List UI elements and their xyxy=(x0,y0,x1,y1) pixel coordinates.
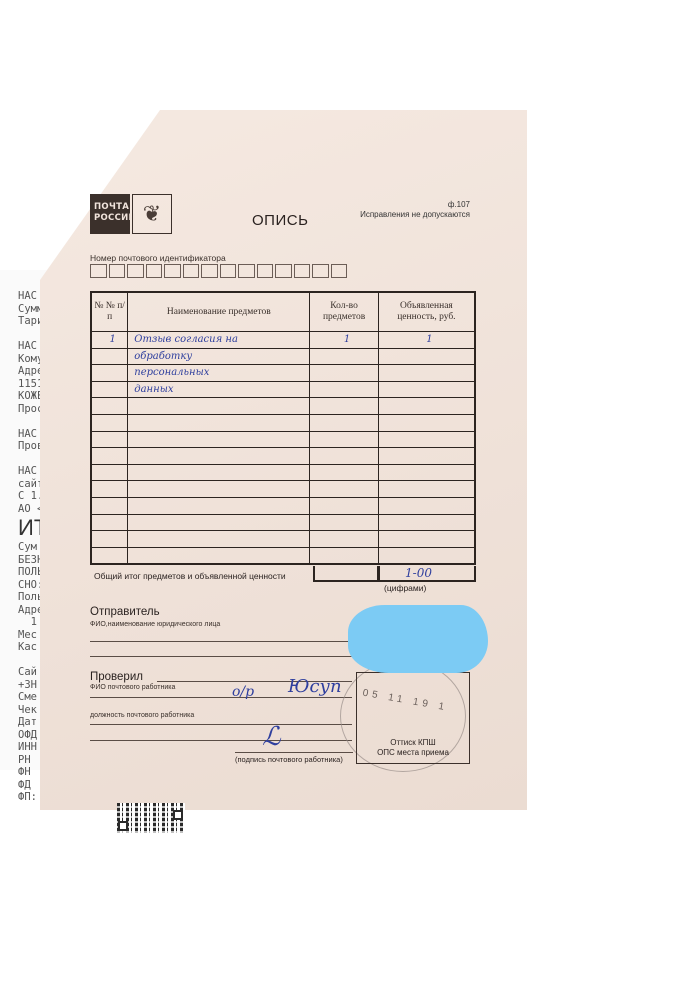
col-item-name: Наименование предметов xyxy=(128,292,310,332)
cell-value xyxy=(378,348,475,365)
cell-item-name xyxy=(128,414,310,431)
cell-item-name: персональных xyxy=(128,365,310,382)
cell-quantity xyxy=(310,348,378,365)
cell-number xyxy=(91,398,128,415)
table-row xyxy=(91,431,475,448)
tracking-id-box[interactable] xyxy=(146,264,163,278)
table-row: данных xyxy=(91,381,475,398)
table-row: обработку xyxy=(91,348,475,365)
cell-value: 1 xyxy=(378,332,475,349)
cell-number xyxy=(91,497,128,514)
signature-line xyxy=(235,752,353,753)
postal-worker-position-label: должность почтового работника xyxy=(90,712,194,719)
table-row: персональных xyxy=(91,365,475,382)
tracking-id-box[interactable] xyxy=(238,264,255,278)
cell-item-name xyxy=(128,497,310,514)
cell-value xyxy=(378,431,475,448)
sender-line-2 xyxy=(90,656,352,657)
handwritten-signature: ℒ xyxy=(262,722,281,752)
cell-quantity xyxy=(310,431,378,448)
cell-quantity xyxy=(310,514,378,531)
cell-value xyxy=(378,531,475,548)
table-row xyxy=(91,514,475,531)
sender-line-1 xyxy=(90,641,352,642)
cell-value xyxy=(378,448,475,465)
qr-finder-icon xyxy=(173,810,183,820)
qr-finder-icon xyxy=(118,821,128,831)
tracking-id-box[interactable] xyxy=(331,264,348,278)
table-row xyxy=(91,497,475,514)
cell-value xyxy=(378,381,475,398)
cell-number xyxy=(91,348,128,365)
sender-sub-label: ФИО,наименование юридического лица xyxy=(90,621,220,628)
tracking-id-box[interactable] xyxy=(275,264,292,278)
cell-item-name: Отзыв согласия на xyxy=(128,332,310,349)
cell-quantity xyxy=(310,365,378,382)
cell-quantity xyxy=(310,531,378,548)
cell-value xyxy=(378,365,475,382)
total-quantity-box xyxy=(313,566,379,582)
cell-item-name xyxy=(128,531,310,548)
cell-item-name xyxy=(128,448,310,465)
table-row xyxy=(91,481,475,498)
tracking-id-box[interactable] xyxy=(294,264,311,278)
cell-quantity xyxy=(310,414,378,431)
col-number: № № п/п xyxy=(91,292,128,332)
cell-value xyxy=(378,414,475,431)
position-line xyxy=(90,724,352,725)
russian-post-logo: ПОЧТА РОССИИ ❦ xyxy=(90,194,174,234)
handwritten-position: о/р xyxy=(232,684,254,700)
eagle-icon: ❦ xyxy=(132,194,172,234)
cell-quantity xyxy=(310,381,378,398)
tracking-id-label: Номер почтового идентификатора xyxy=(90,253,226,263)
name-line xyxy=(90,697,352,698)
redaction-blot xyxy=(348,605,488,673)
cell-number xyxy=(91,381,128,398)
tracking-id-box[interactable] xyxy=(183,264,200,278)
col-declared-value: Объявленная ценность, руб. xyxy=(378,292,475,332)
tracking-id-box[interactable] xyxy=(201,264,218,278)
cell-item-name xyxy=(128,547,310,564)
table-row xyxy=(91,464,475,481)
postal-worker-name-label: ФИО почтового работника xyxy=(90,684,175,691)
table-header: № № п/п Наименование предметов Кол-во пр… xyxy=(91,292,475,332)
sender-label: Отправитель xyxy=(90,606,160,618)
cell-quantity: 1 xyxy=(310,332,378,349)
table-row xyxy=(91,398,475,415)
table-row xyxy=(91,448,475,465)
cell-number xyxy=(91,414,128,431)
tracking-id-box[interactable] xyxy=(220,264,237,278)
checked-label: Проверил xyxy=(90,671,143,683)
tracking-id-box[interactable] xyxy=(90,264,107,278)
cell-quantity xyxy=(310,398,378,415)
cell-value xyxy=(378,481,475,498)
cell-value xyxy=(378,398,475,415)
tracking-id-box[interactable] xyxy=(312,264,329,278)
form-number: ф.107 Исправления не допускаются xyxy=(360,200,470,220)
total-label: Общий итог предметов и объявленной ценно… xyxy=(94,571,286,581)
cell-quantity xyxy=(310,481,378,498)
logo-text: ПОЧТА РОССИИ xyxy=(90,194,130,234)
cell-item-name: данных xyxy=(128,381,310,398)
tracking-id-box[interactable] xyxy=(257,264,274,278)
cell-item-name: обработку xyxy=(128,348,310,365)
signature-label: (подпись почтового работника) xyxy=(235,755,343,764)
cell-value xyxy=(378,464,475,481)
tracking-id-boxes xyxy=(90,264,347,278)
cell-number: 1 xyxy=(91,332,128,349)
items-table: № № п/п Наименование предметов Кол-во пр… xyxy=(90,291,476,565)
cell-quantity xyxy=(310,497,378,514)
cell-number xyxy=(91,464,128,481)
col-quantity: Кол-во предметов xyxy=(310,292,378,332)
cell-number xyxy=(91,365,128,382)
cell-value xyxy=(378,547,475,564)
cell-item-name xyxy=(128,431,310,448)
cell-item-name xyxy=(128,398,310,415)
digits-label: (цифрами) xyxy=(384,583,426,593)
cell-item-name xyxy=(128,481,310,498)
table-row: 1Отзыв согласия на11 xyxy=(91,332,475,349)
total-value: 1-00 xyxy=(405,566,432,580)
cell-value xyxy=(378,497,475,514)
cell-number xyxy=(91,448,128,465)
cell-number xyxy=(91,431,128,448)
tracking-id-box[interactable] xyxy=(127,264,144,278)
cell-item-name xyxy=(128,464,310,481)
tracking-id-box[interactable] xyxy=(164,264,181,278)
cell-number xyxy=(91,547,128,564)
stamp-label: Оттиск КПШ ОПС места приема xyxy=(356,738,470,758)
table-row xyxy=(91,547,475,564)
position-line-2 xyxy=(90,740,352,741)
cell-value xyxy=(378,514,475,531)
cell-number xyxy=(91,514,128,531)
cell-number xyxy=(91,481,128,498)
cell-item-name xyxy=(128,514,310,531)
page-title: ОПИСЬ xyxy=(252,212,308,229)
cell-number xyxy=(91,531,128,548)
cell-quantity xyxy=(310,448,378,465)
tracking-id-box[interactable] xyxy=(109,264,126,278)
cell-quantity xyxy=(310,464,378,481)
cell-quantity xyxy=(310,547,378,564)
table-row xyxy=(91,531,475,548)
table-row xyxy=(91,414,475,431)
handwritten-name: Юсуп xyxy=(288,676,342,697)
